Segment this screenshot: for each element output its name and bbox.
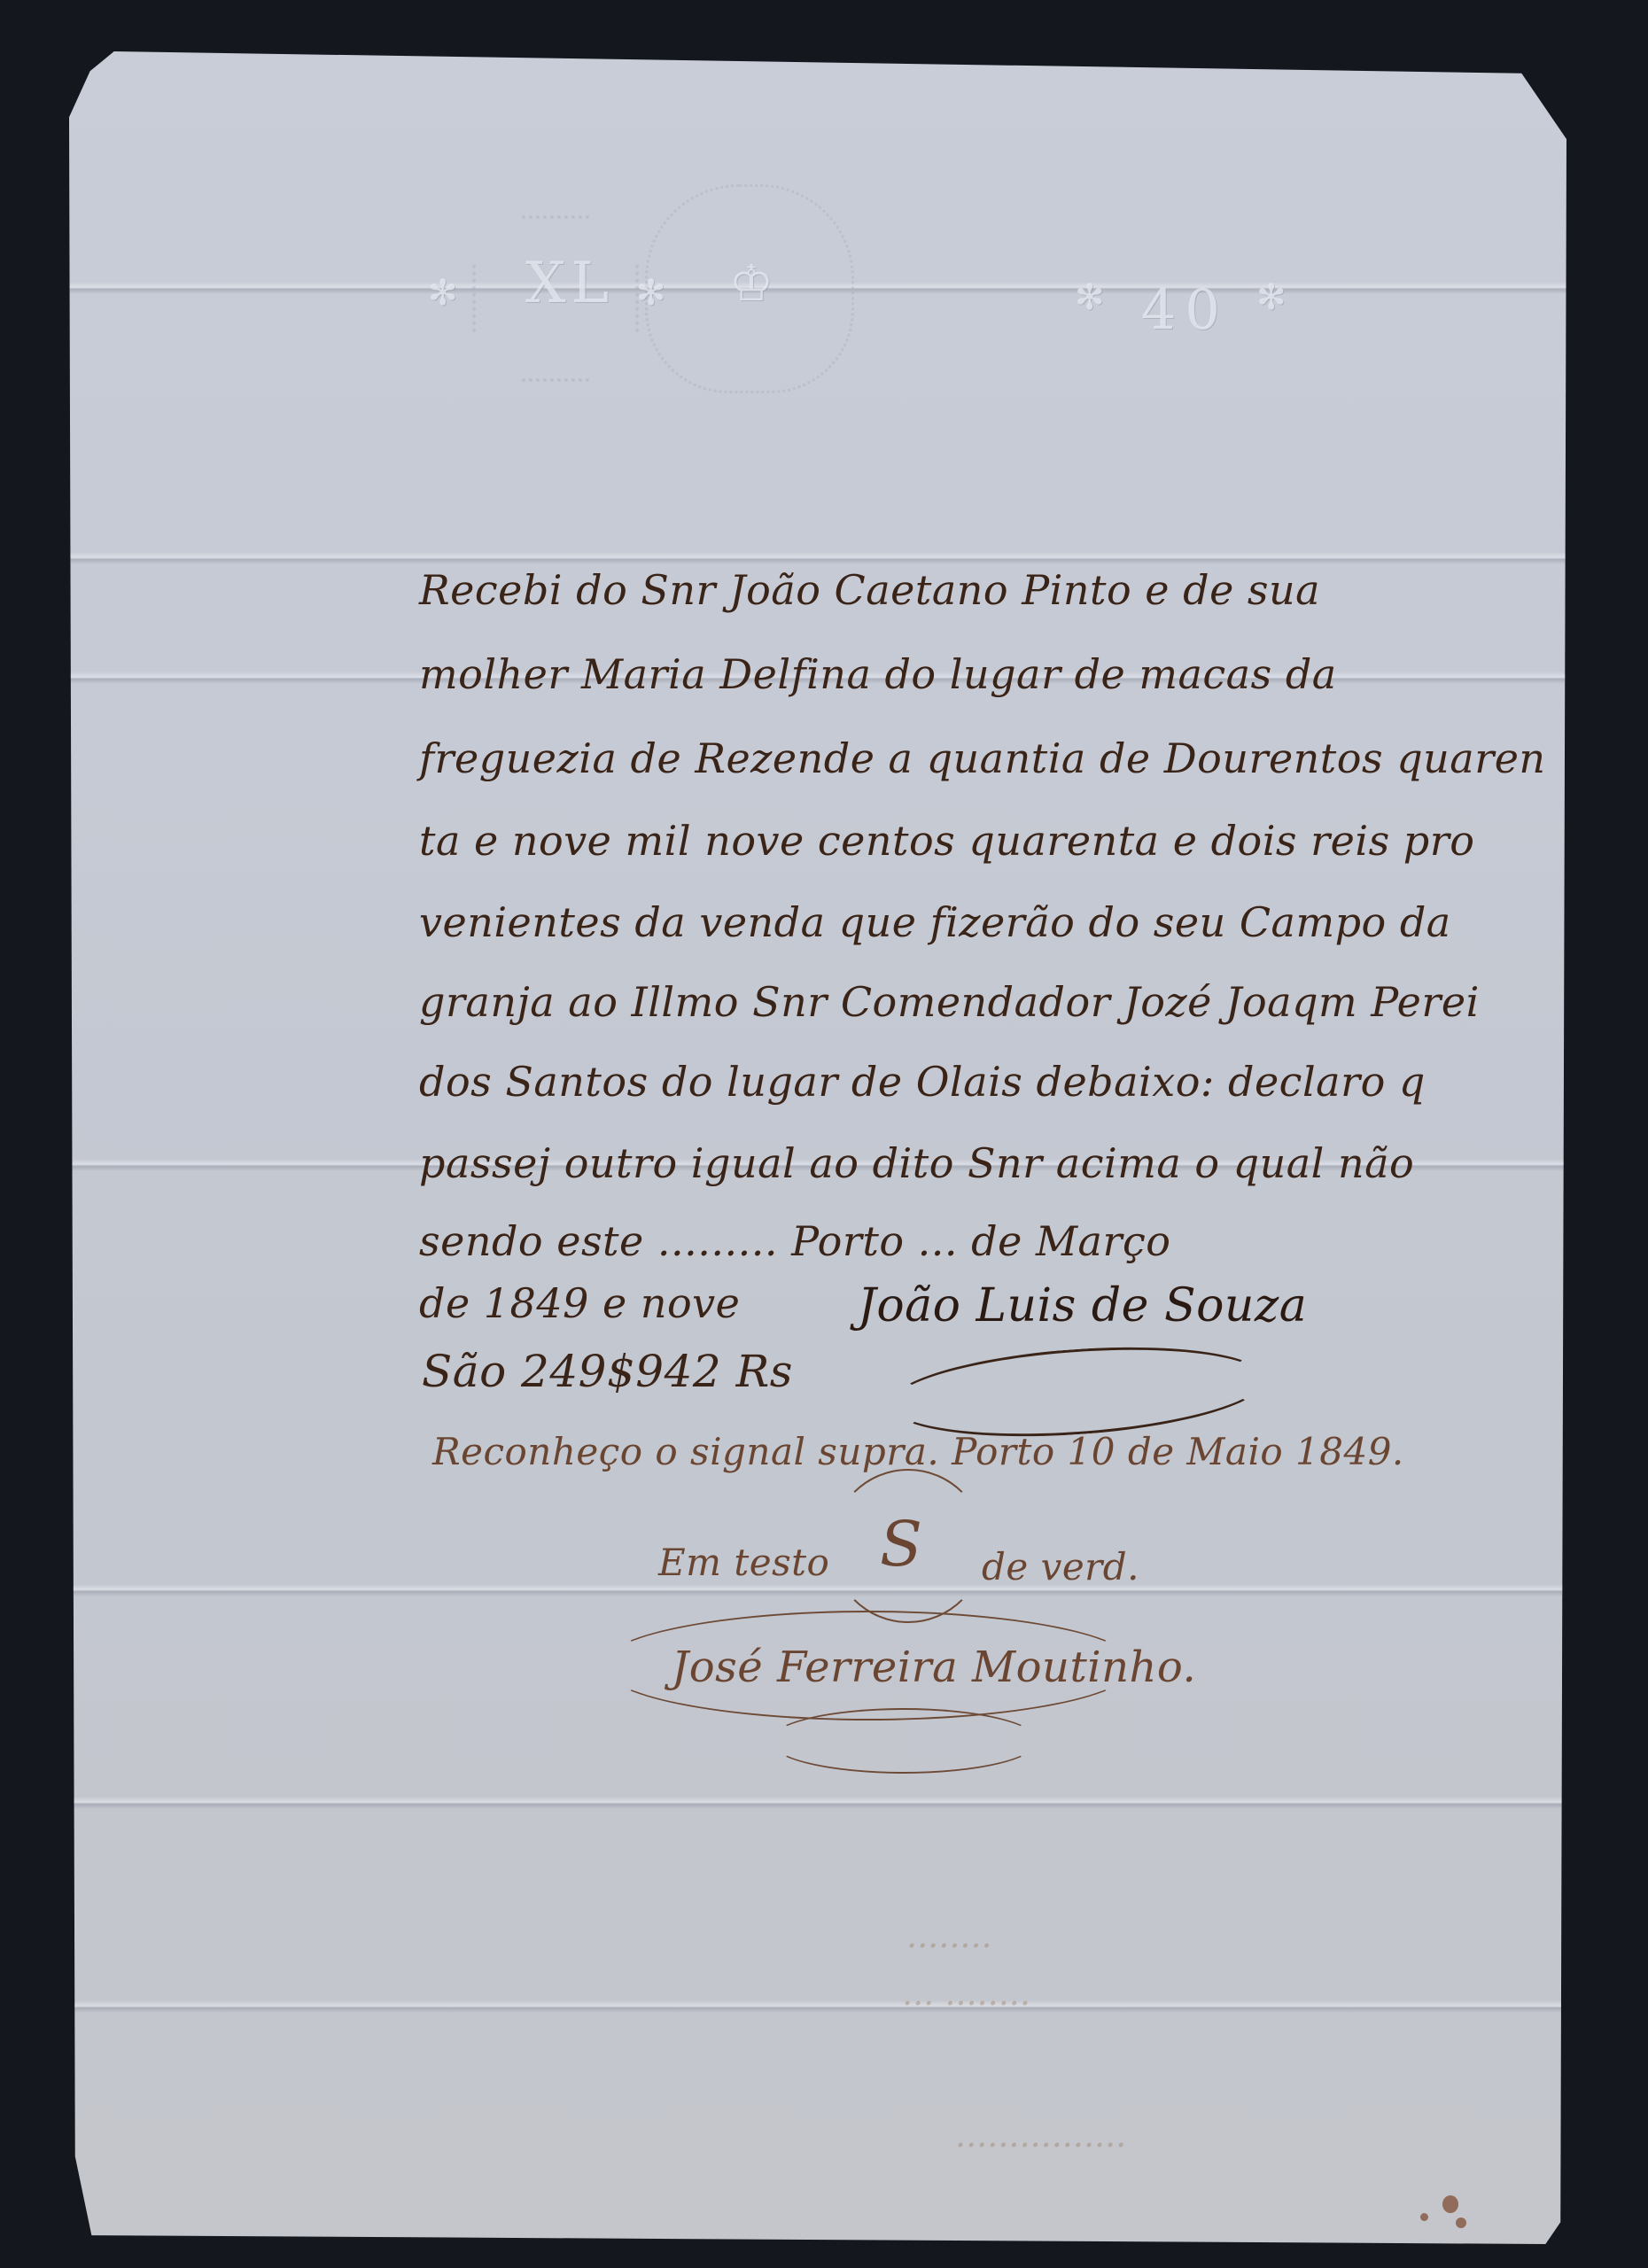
body-line-9: sendo este ......... Porto ... de Março <box>419 1221 1170 1262</box>
body-line-2: molher Maria Delfina do lugar de macas d… <box>419 654 1337 695</box>
notary-testimony-prefix: Em testo <box>658 1544 829 1581</box>
fold-crease <box>69 1797 1566 1809</box>
body-line-5: venientes da venda que fizerão do seu Ca… <box>419 902 1451 943</box>
fold-crease <box>69 1584 1566 1596</box>
body-line-1: Recebi do Snr João Caetano Pinto e de su… <box>419 570 1320 610</box>
embossed-stamp-xl: XL <box>525 251 614 316</box>
notary-testimony-suffix: de verd. <box>982 1549 1139 1586</box>
foxing-spot <box>1442 2195 1458 2213</box>
body-line-3: freguezia de Rezende a quantia de Douren… <box>419 738 1546 779</box>
rosette-icon: ✻ <box>636 273 666 314</box>
foxing-spot <box>1456 2218 1466 2228</box>
body-line-7: dos Santos do lugar de Olais debaixo: de… <box>419 1061 1426 1102</box>
notary-lower-flourish <box>769 1708 1038 1774</box>
notary-recognition-line: Reconheço o signal supra. Porto 10 de Ma… <box>432 1433 1404 1471</box>
bleed-through-text: ........ <box>906 1916 992 1955</box>
notary-signature-flourish <box>601 1611 1136 1720</box>
embossed-stamp-40: 40 <box>1141 277 1229 342</box>
body-line-6: granja ao Illmo Snr Comendador Jozé Joaq… <box>419 982 1480 1022</box>
fold-crease <box>69 2000 1566 2013</box>
body-line-8: passej outro igual ao dito Snr acima o q… <box>419 1143 1414 1184</box>
bleed-through-text: ................ <box>955 2116 1126 2155</box>
crown-icon: ♔ <box>729 255 773 313</box>
document-page: XL ♔ 40 ✻ ✻ ✻ ✻ Recebi do Snr João Caeta… <box>69 51 1566 2244</box>
body-line-4: ta e nove mil nove centos quarenta e doi… <box>419 820 1474 861</box>
bleed-through-text: ... ........ <box>902 1974 1030 2013</box>
body-line-10: de 1849 e nove <box>419 1283 740 1324</box>
foxing-spot <box>1420 2213 1428 2221</box>
rosette-icon: ✻ <box>1256 277 1287 318</box>
signature-joao-luis-de-souza: João Luis de Souza <box>858 1283 1307 1329</box>
notary-mark: S <box>880 1513 922 1575</box>
rosette-icon: ✻ <box>428 273 458 314</box>
fold-crease <box>69 552 1566 564</box>
rosette-icon: ✻ <box>1075 277 1105 318</box>
amount-total: São 249$942 Rs <box>422 1349 793 1394</box>
